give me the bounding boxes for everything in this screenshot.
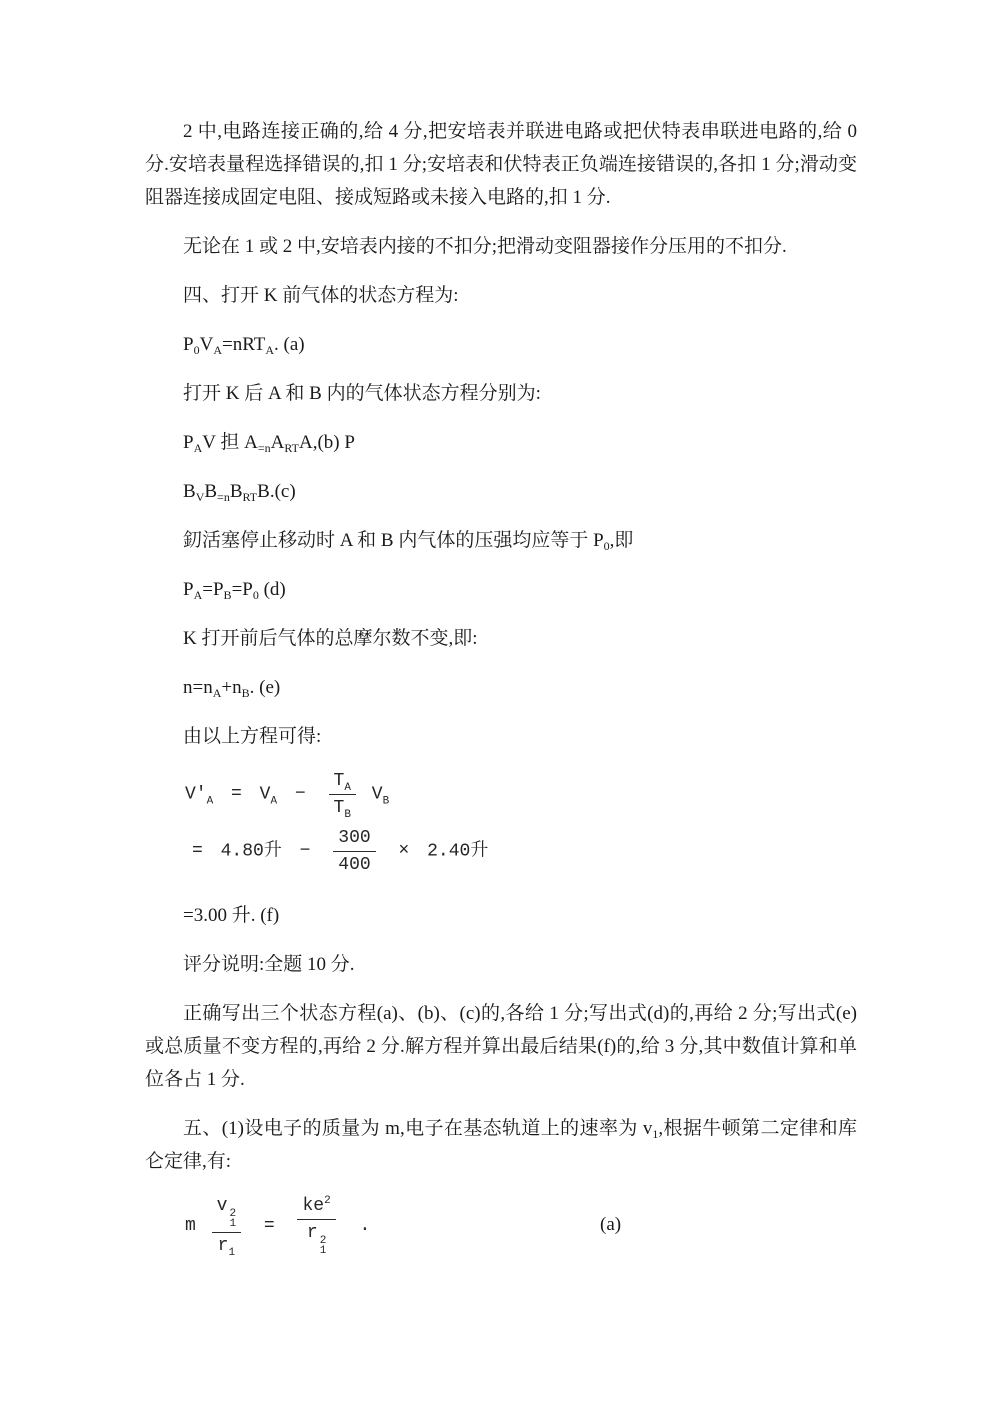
fraction: 300400 [333, 826, 375, 875]
text-run: (d) [259, 579, 286, 600]
fraction-numerator: TA [329, 769, 356, 795]
formula-term: V' [185, 784, 207, 804]
text-run: 四、打开 K 前气体的状态方程为: [183, 285, 459, 306]
fraction: TATB [329, 769, 356, 818]
paragraph: 四、打开 K 前气体的状态方程为: [145, 279, 857, 312]
fraction-denominator: r1 [218, 1233, 235, 1256]
paragraph: PAV 担 A=nARTA,(b) P [145, 426, 857, 459]
fraction-numerator: 300 [333, 826, 375, 852]
subscript: A [194, 441, 203, 455]
text-run: ,即 [610, 530, 634, 551]
text-run: =3.00 升. (f) [183, 905, 279, 926]
equals-sign: = [264, 1216, 275, 1236]
paragraph: 釖活塞停止移动时 A 和 B 内气体的压强均应等于 P0,即 [145, 524, 857, 557]
paragraph: n=nA+nB. (e) [145, 671, 857, 704]
paragraph: PA=PB=P0 (d) [145, 573, 857, 606]
text-run: K 打开前后气体的总摩尔数不变,即: [183, 628, 478, 649]
formula-term: V [260, 784, 271, 804]
subscript: B [383, 795, 390, 807]
paragraph: K 打开前后气体的总摩尔数不变,即: [145, 622, 857, 655]
paragraph: BVB=nBRTB.(c) [145, 475, 857, 508]
paragraph: 评分说明:全题 10 分. [145, 948, 857, 981]
paragraph: 2 中,电路连接正确的,给 4 分,把安培表并联进电路或把伏特表串联进电路的,给… [145, 115, 857, 214]
text-run: A,(b) P [299, 432, 355, 453]
period: . [360, 1216, 371, 1236]
text-run: n=n [183, 677, 213, 698]
paragraph: 五、(1)设电子的质量为 m,电子在基态轨道上的速率为 v1,根据牛顿第二定律和… [145, 1112, 857, 1178]
text-run: B [183, 481, 196, 502]
text-run: =P [232, 579, 253, 600]
fraction-denominator: 400 [338, 852, 370, 875]
text-run: P [183, 579, 194, 600]
text-run: 由以上方程可得: [183, 726, 321, 747]
subscript: B [224, 588, 232, 602]
subscript: A [213, 343, 222, 357]
subscript: 1 [229, 1219, 236, 1229]
formula-term: 2.40升 [427, 841, 488, 861]
text-run: V [200, 334, 214, 355]
text-run: P [183, 432, 194, 453]
subscript: A [344, 782, 351, 794]
paragraph: 打开 K 后 A 和 B 内的气体状态方程分别为: [145, 377, 857, 410]
text-run: A [271, 432, 285, 453]
paragraph: P0VA=nRTA. (a) [145, 328, 857, 361]
fraction: ke2r21 [297, 1194, 335, 1256]
subscript: 1 [228, 1247, 235, 1259]
text-run: B [204, 481, 217, 502]
text-run: =P [202, 579, 223, 600]
fraction-numerator: v21 [212, 1194, 241, 1233]
formula-volume-equation: V'A = VA − TATB VB [185, 769, 857, 818]
minus-sign: − [295, 784, 306, 804]
text-run: B [230, 481, 243, 502]
fraction: v21r1 [212, 1194, 241, 1256]
formula-electron-orbit: m v21r1 = ke2r21 . (a) [185, 1194, 857, 1256]
equals-sign: = [231, 784, 242, 804]
subscript: RT [284, 441, 299, 455]
text-run: 正确写出三个状态方程(a)、(b)、(c)的,各给 1 分;写出式(d)的,再给… [145, 1003, 857, 1090]
paragraph: 无论在 1 或 2 中,安培表内接的不扣分;把滑动变阻器接作分压用的不扣分. [145, 230, 857, 263]
minus-sign: − [300, 841, 311, 861]
document-page: 2 中,电路连接正确的,给 4 分,把安培表并联进电路或把伏特表串联进电路的,给… [0, 0, 992, 1404]
subscript: A [194, 588, 203, 602]
formula-term: m [185, 1216, 196, 1236]
formula-term: 4.80升 [221, 841, 282, 861]
paragraph: =3.00 升. (f) [145, 899, 857, 932]
text-run: 无论在 1 或 2 中,安培表内接的不扣分;把滑动变阻器接作分压用的不扣分. [183, 236, 787, 257]
subscript: A [265, 343, 274, 357]
text-run: 五、(1)设电子的质量为 m,电子在基态轨道上的速率为 v [183, 1118, 652, 1139]
text-run: P [183, 334, 194, 355]
text-run: . (e) [250, 677, 281, 698]
text-run: 评分说明:全题 10 分. [183, 954, 355, 975]
equals-sign: = [192, 841, 203, 861]
text-run: 打开 K 后 A 和 B 内的气体状态方程分别为: [183, 383, 541, 404]
stacked-sup-sub: 21 [320, 1236, 327, 1256]
text-run: V 担 A [202, 432, 258, 453]
paragraph: 正确写出三个状态方程(a)、(b)、(c)的,各给 1 分;写出式(d)的,再给… [145, 997, 857, 1096]
subscript: B [344, 809, 351, 821]
equation-label: (a) [600, 1214, 621, 1236]
subscript: A [207, 795, 214, 807]
multiply-sign: × [399, 841, 410, 861]
subscript: RT [243, 490, 258, 504]
document-body: 2 中,电路连接正确的,给 4 分,把安培表并联进电路或把伏特表串联进电路的,给… [145, 115, 857, 1264]
text-run: B.(c) [257, 481, 296, 502]
fraction-numerator: ke2 [297, 1194, 335, 1220]
text-run: =nRT [222, 334, 265, 355]
text-run: 釖活塞停止移动时 A 和 B 内气体的压强均应等于 P [183, 530, 604, 551]
formula-volume-calculation: = 4.80升 − 300400 × 2.40升 [185, 826, 857, 875]
fraction-denominator: TB [334, 795, 351, 818]
text-run: +n [221, 677, 241, 698]
text-run: . (a) [274, 334, 305, 355]
subscript: =n [217, 490, 230, 504]
text-run: 2 中,电路连接正确的,给 4 分,把安培表并联进电路或把伏特表串联进电路的,给… [145, 121, 857, 208]
paragraph: 由以上方程可得: [145, 720, 857, 753]
formula-term: V [372, 784, 383, 804]
subscript: 1 [320, 1246, 327, 1256]
subscript: A [270, 795, 277, 807]
stacked-sup-sub: 21 [229, 1209, 236, 1229]
superscript: 2 [324, 1195, 331, 1207]
fraction-denominator: r21 [307, 1220, 326, 1256]
subscript: =n [258, 441, 271, 455]
subscript: B [242, 686, 250, 700]
